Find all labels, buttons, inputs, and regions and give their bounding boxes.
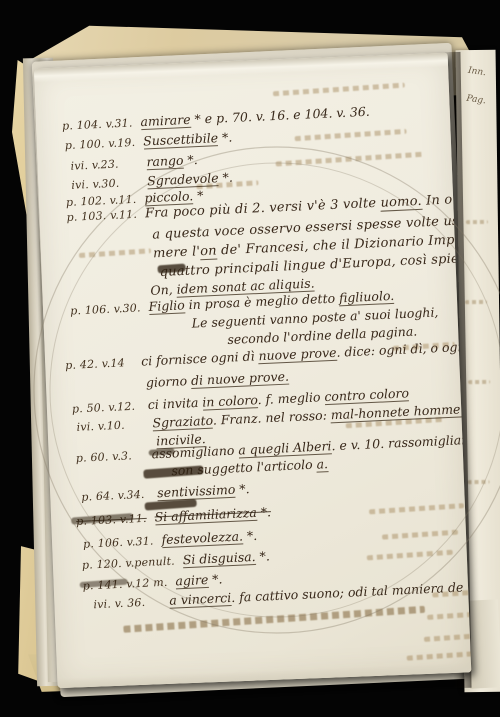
underlined-term: a. [316,456,328,473]
bleed-through-marks [369,503,464,514]
line-text: * e p. 70. v. 16. e 104. v. 36. [190,104,370,127]
line-text: *. [256,504,271,520]
line-text: *. [255,548,270,564]
main-page: p. 104. v.31.amirare * e p. 70. v. 16. e… [34,53,471,688]
bleed-through-marks [468,380,490,384]
manuscript-line: p. 100. v.19.Suscettibile *. [64,130,232,152]
line-ref: p. 103. v.11. [66,209,137,224]
manuscript-line: ivi. v.30.Sgradevole *. [71,171,233,192]
bleed-through-marks [465,300,487,304]
underlined-term: figliuolo. [339,288,395,306]
bleed-through-marks [407,651,472,661]
line-ref: p. 50. v.12. [72,401,140,416]
underlined-term: a vincerci [169,590,232,609]
underlined-term: in coloro [202,392,258,410]
bleed-through-marks [424,633,471,642]
underlined-term: di nuove prove. [191,369,290,389]
bleed-through-marks [427,610,471,620]
line-ref: p. 106. v.30. [70,302,141,317]
bleed-through-marks [79,248,151,258]
underlined-term: Sgraziato [152,413,213,432]
line-ref: ivi. v.23. [70,158,138,173]
line-ref: p. 106. v.31. [83,536,154,551]
line-text: * [193,188,204,203]
line-text: mere l' [153,244,201,261]
line-ref: ivi. v.30. [71,177,139,192]
bleed-through-marks [276,152,426,167]
manuscript-line: ivi. v.23.rango *. [70,153,198,173]
line-text: *. [183,152,198,168]
line-text: *. [218,170,233,186]
underlined-term: agire [175,572,209,589]
bleed-through-marks [295,129,407,141]
bleed-through-marks [367,550,453,561]
line-text: . f. meglio [257,389,324,407]
manuscript-line: p. 106. v.31.festevolezza. *. [83,529,258,551]
line-text: On, [150,282,177,298]
line-text: . e v. 10. rassomigliano a qua [331,430,471,453]
bleed-through-marks [123,606,425,633]
line-ref: p. 120. v.penult. [82,556,175,572]
underlined-term: amirare [140,112,191,130]
line-ref: p. 64. v.34. [81,489,149,504]
line-ref: p. 104. v.31. [62,117,133,132]
underlined-term: uomo. [380,194,422,212]
line-ref: p. 102. v.11. [66,194,137,209]
manuscript-line: p. 104. v.31.amirare * e p. 70. v. 16. e… [62,105,370,133]
line-text: giorno [146,373,192,390]
underlined-term: Sgradevole [147,170,219,189]
underlined-term: a quegli Alberi [238,438,332,458]
line-text: . dice: ogni dì, o ogni [336,339,470,360]
adjacent-page-text: Pag. [466,95,487,107]
line-ref: p. 60. v.3. [76,450,144,465]
underlined-term: nuove prove [258,345,337,365]
bleed-through-marks [466,220,488,224]
bleed-through-marks [382,530,458,540]
line-ref: ivi. v.10. [76,419,144,434]
line-ref: p. 100. v.19. [65,137,136,152]
line-text: *. [235,481,250,497]
underlined-term: on [200,243,217,260]
line-text: *. [208,571,223,587]
line-ref: ivi. v. 36. [93,596,161,611]
bleed-through-marks [273,83,405,97]
underlined-term: sentivissimo [157,482,236,502]
underlined-term: Suscettibile [143,130,219,149]
line-text: *. [243,528,258,544]
line-text: . fa cattivo suono; odi tal maniera de n… [231,577,471,605]
line-text: ci fornisce ogni dì [141,348,259,368]
underlined-term: festevolezza. [161,528,243,548]
line-text: ci invita [147,395,202,412]
bleed-through-marks [468,480,490,484]
underlined-term: Figlio [148,297,185,315]
underlined-term: contro coloro [324,385,409,405]
manuscript-photo: Inn. Pag. p. 104. v.31.amirare * e p. 70… [0,0,500,717]
manuscript-line: giorno di nuove prove. [146,370,290,390]
line-text: . Franz. nel rosso: [212,407,331,427]
underlined-term: rango [146,153,184,171]
line-ref: p. 42. v.14 [65,357,133,372]
underlined-term: Si disguisa. [182,549,255,568]
line-text: *. [218,129,233,145]
manuscript-line: p. 120. v.penult.Si disguisa. *. [82,549,270,572]
adjacent-page-text: Inn. [467,67,486,78]
